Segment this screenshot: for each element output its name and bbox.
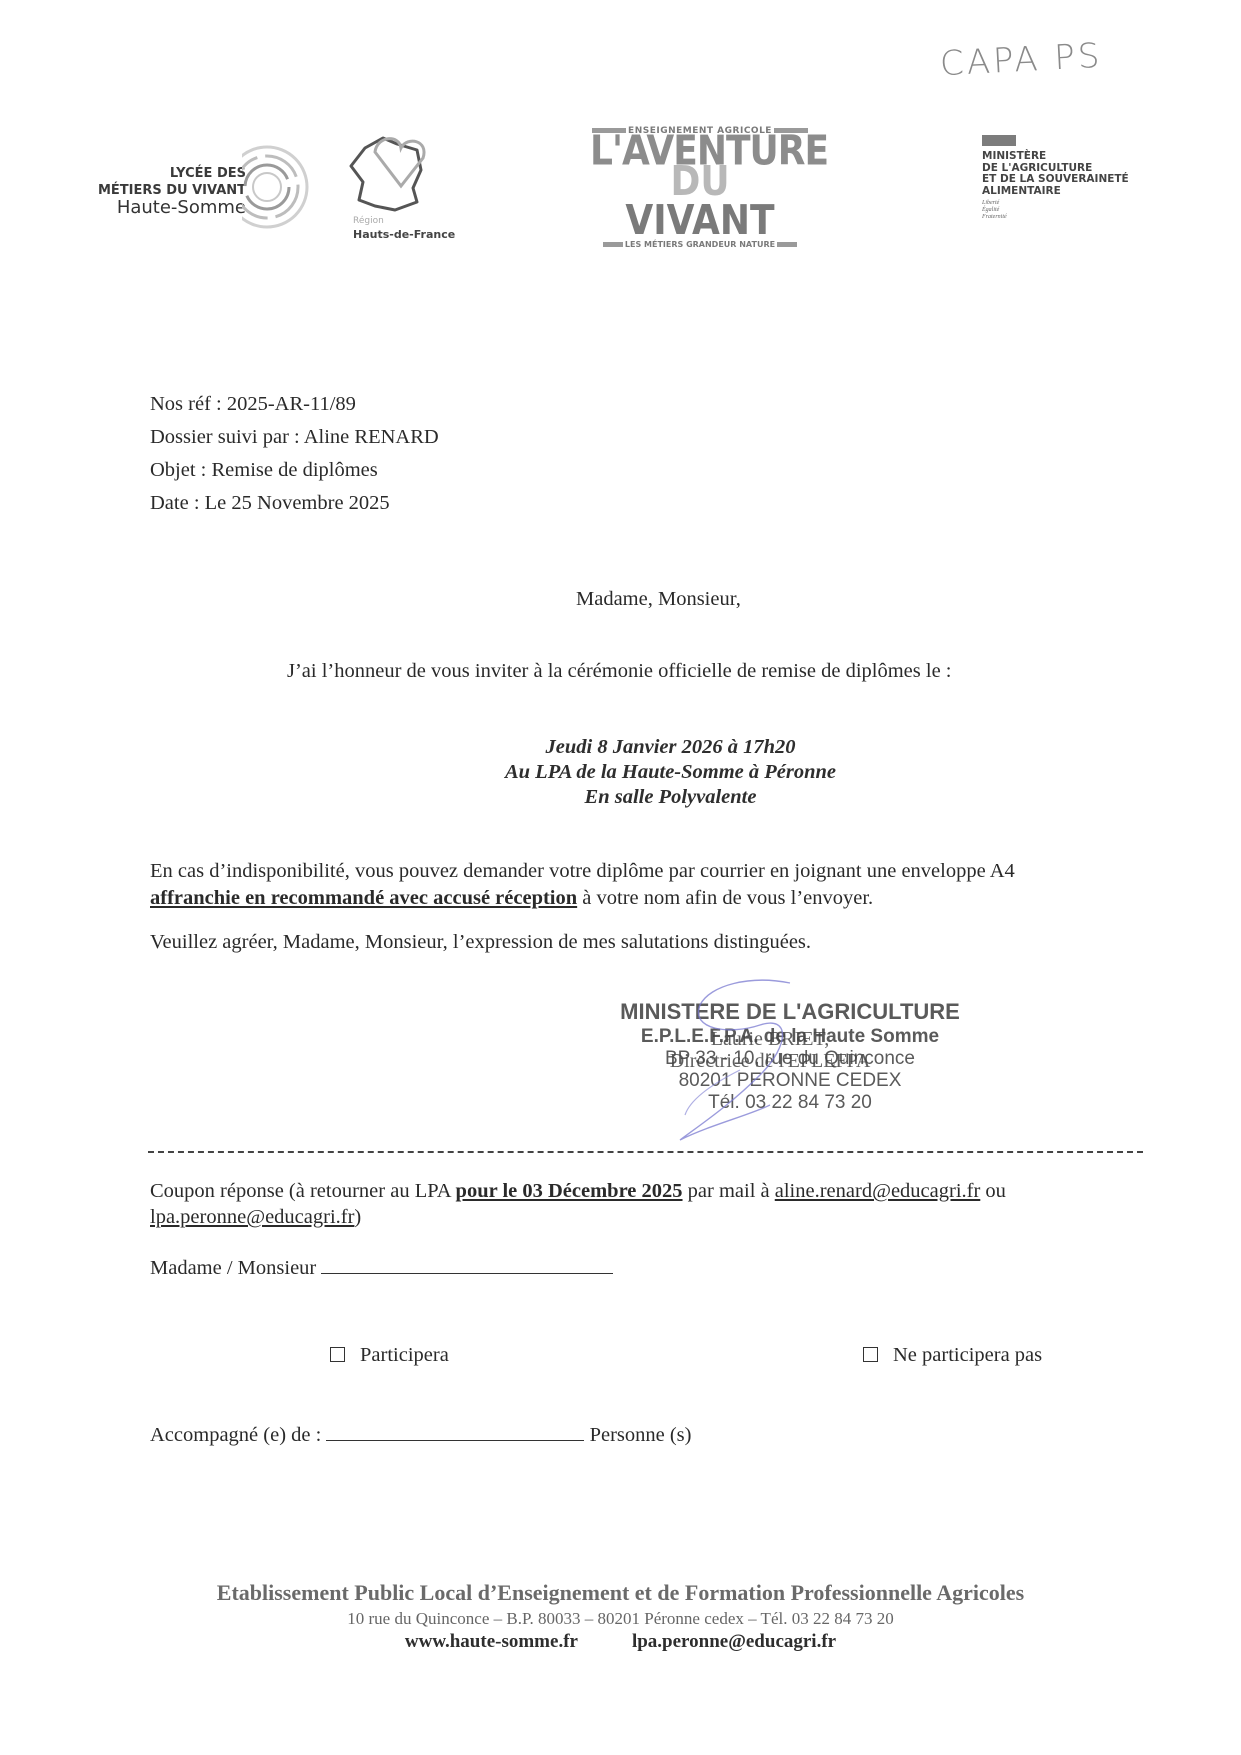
lycee-logo: LYCÉE DES MÉTIERS DU VIVANT Haute-Somme — [72, 140, 312, 235]
handwritten-signature-icon — [640, 975, 840, 1155]
subject: Objet : Remise de diplômes — [150, 454, 439, 487]
accompanied-blank-field[interactable] — [326, 1422, 584, 1441]
checkbox-icon[interactable] — [330, 1347, 345, 1362]
option-ne-participera-pas[interactable]: Ne participera pas — [863, 1344, 1042, 1367]
marianne-flag-icon — [982, 135, 1016, 146]
circles-emblem-icon — [242, 140, 312, 235]
footer-org: Etablissement Public Local d’Enseignemen… — [0, 1580, 1241, 1606]
checkbox-icon[interactable] — [863, 1347, 878, 1362]
footer-email[interactable]: lpa.peronne@educagri.fr — [632, 1631, 836, 1652]
option-participera[interactable]: Participera — [330, 1344, 449, 1367]
footer: Etablissement Public Local d’Enseignemen… — [0, 1580, 1241, 1653]
event-room: En salle Polyvalente — [0, 785, 1241, 810]
ministere-line: ALIMENTAIRE — [982, 186, 1152, 198]
unavailability-text-end: à votre nom afin de vous l’envoyer. — [577, 887, 873, 909]
lycee-logo-line2: MÉTIERS DU VIVANT — [98, 183, 246, 198]
region-label-small: Région — [353, 216, 384, 226]
footer-address: 10 rue du Quinconce – B.P. 80033 – 80201… — [0, 1609, 1241, 1629]
coupon-text: par mail à — [683, 1180, 775, 1202]
unavailability-paragraph: En cas d’indisponibilité, vous pouvez de… — [150, 858, 1190, 912]
dossier-owner: Dossier suivi par : Aline RENARD — [150, 421, 439, 454]
option-label: Participera — [360, 1344, 449, 1366]
motto-line: Liberté — [982, 200, 1152, 207]
reference-block: Nos réf : 2025-AR-11/89 Dossier suivi pa… — [150, 388, 439, 520]
coupon-deadline: pour le 03 Décembre 2025 — [456, 1180, 683, 1202]
reply-coupon-instructions: Coupon réponse (à retourner au LPA pour … — [150, 1178, 1150, 1230]
salutation: Madame, Monsieur, — [576, 588, 741, 611]
ministere-line: MINISTÈRE — [982, 151, 1152, 163]
aventure-line2b: VIVANT — [625, 197, 774, 244]
persons-label: Personne (s) — [590, 1424, 692, 1446]
region-label: Hauts-de-France — [353, 228, 455, 241]
invitation-intro: J’ai l’honneur de vous inviter à la céré… — [287, 660, 952, 683]
lycee-logo-line1: LYCÉE DES — [170, 166, 246, 181]
ministere-line: ET DE LA SOUVERAINETÉ — [982, 174, 1152, 186]
name-field-row: Madame / Monsieur — [150, 1255, 613, 1280]
unavailability-text: En cas d’indisponibilité, vous pouvez de… — [150, 860, 1015, 882]
france-heart-icon — [345, 130, 435, 215]
event-details: Jeudi 8 Janvier 2026 à 17h20 Au LPA de l… — [0, 735, 1241, 810]
handwritten-annotation: CAPA PS — [939, 36, 1103, 84]
email-link-lpa[interactable]: lpa.peronne@educagri.fr — [150, 1206, 354, 1228]
unavailability-emphasis: affranchie en recommandé avec accusé réc… — [150, 887, 577, 909]
footer-website[interactable]: www.haute-somme.fr — [405, 1631, 578, 1652]
ministere-logo: MINISTÈRE DE L'AGRICULTURE ET DE LA SOUV… — [982, 135, 1152, 221]
motto-line: Égalité — [982, 207, 1152, 214]
name-blank-field[interactable] — [321, 1255, 613, 1274]
coupon-text: Coupon réponse (à retourner au LPA — [150, 1180, 456, 1202]
motto-line: Fraternité — [982, 214, 1152, 221]
lycee-logo-line3: Haute-Somme — [117, 197, 246, 218]
accompanied-row: Accompagné (e) de : Personne (s) — [150, 1422, 692, 1447]
event-datetime: Jeudi 8 Janvier 2026 à 17h20 — [0, 735, 1241, 760]
coupon-text: ) — [354, 1206, 361, 1228]
name-label: Madame / Monsieur — [150, 1257, 316, 1279]
letter-date: Date : Le 25 Novembre 2025 — [150, 487, 439, 520]
option-label: Ne participera pas — [893, 1344, 1042, 1366]
event-location: Au LPA de la Haute-Somme à Péronne — [0, 760, 1241, 785]
accompanied-label: Accompagné (e) de : — [150, 1424, 321, 1446]
reference-number: Nos réf : 2025-AR-11/89 — [150, 388, 439, 421]
aventure-du-vivant-logo: ENSEIGNEMENT AGRICOLE L'AVENTURE DU VIVA… — [590, 126, 810, 234]
closing-formula: Veuillez agréer, Madame, Monsieur, l’exp… — [150, 931, 811, 954]
coupon-text: ou — [980, 1180, 1006, 1202]
email-link-renard[interactable]: aline.renard@educagri.fr — [775, 1180, 981, 1202]
coupon-separator — [148, 1151, 1143, 1153]
region-logo: Région Hauts-de-France — [345, 130, 465, 250]
